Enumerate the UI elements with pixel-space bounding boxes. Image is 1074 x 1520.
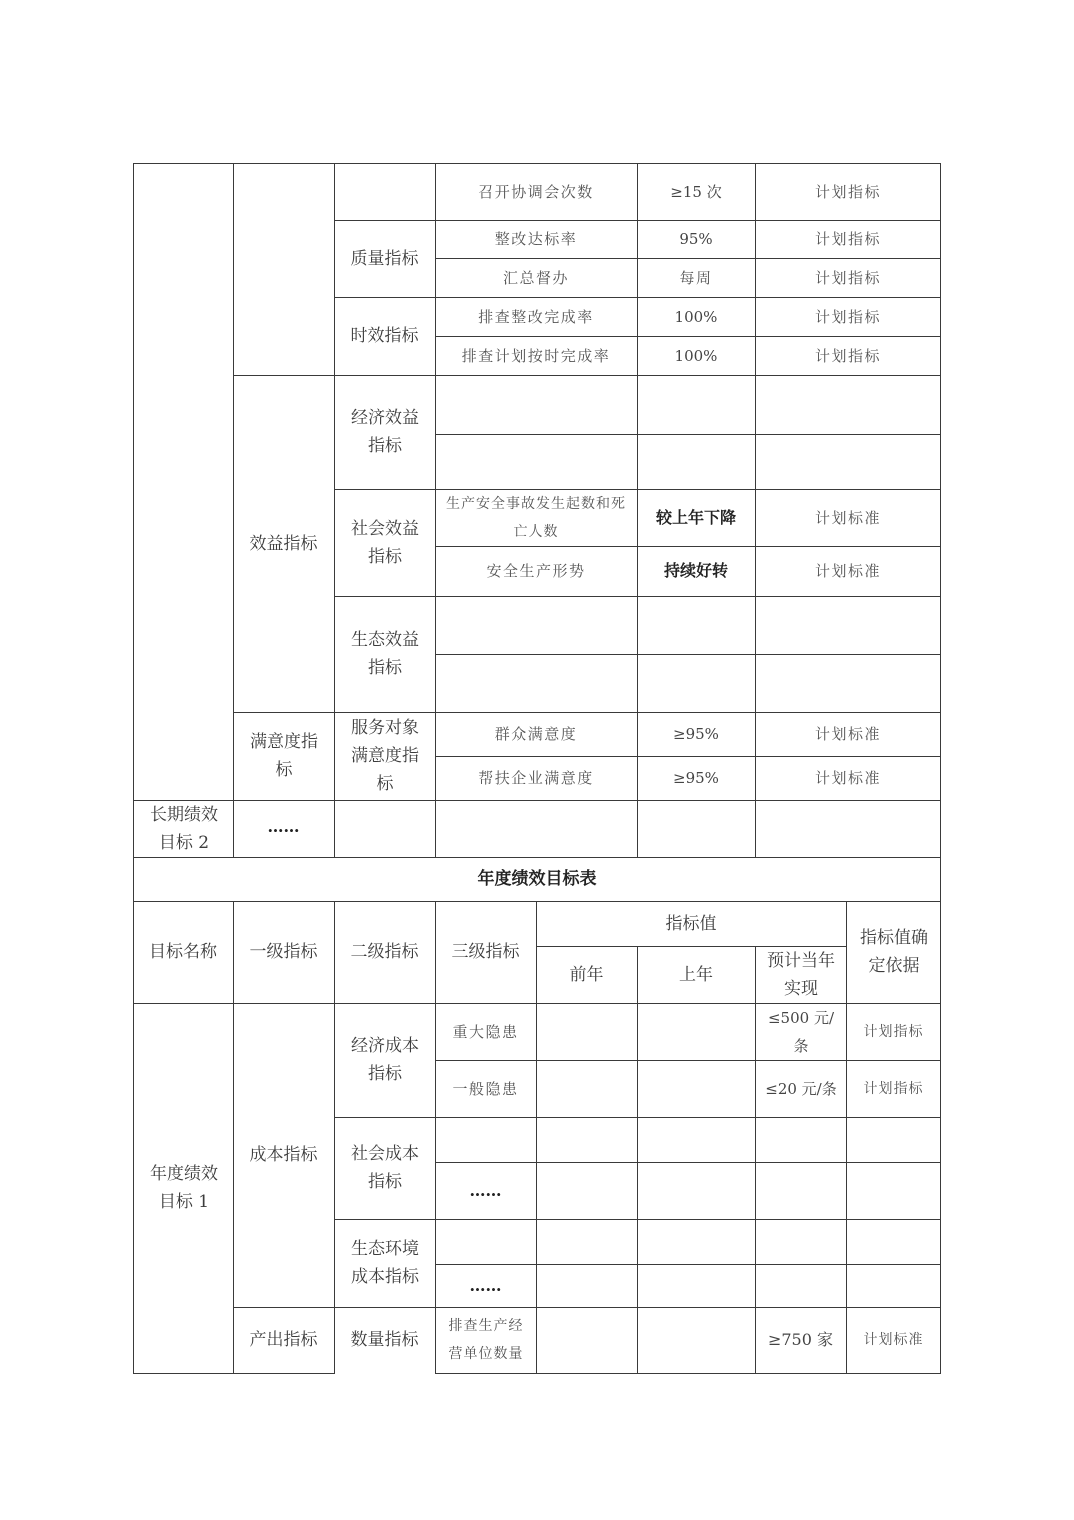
level2-service-satisfaction: 服务对象满意度指标 (346, 712, 424, 800)
header-prev-prev-year: 前年 (536, 946, 637, 1003)
level2-economic-benefit: 经济效益指标 (348, 375, 422, 489)
level3-cell: 群众满意度 (435, 712, 637, 756)
basis-cell: 计划标准 (755, 712, 941, 756)
level3-cell: 排查计划按时完成率 (435, 336, 637, 375)
goal-name-2: 长期绩效目标 2 (144, 800, 224, 857)
basis-cell: 计划指标 (755, 163, 941, 220)
expected-cell: ≤20 元/条 (762, 1060, 840, 1117)
header-level2: 二级指标 (334, 901, 435, 1003)
basis-cell: 计划指标 (755, 336, 941, 375)
level3-cell: 安全生产形势 (435, 546, 637, 596)
level2-quality: 质量指标 (334, 220, 435, 297)
level2-timeliness: 时效指标 (334, 297, 435, 375)
level2-quantity: 数量指标 (334, 1307, 435, 1373)
value-cell: ≥15 次 (637, 163, 755, 220)
level3-cell: 生产安全事故发生起数和死亡人数 (442, 489, 630, 546)
level1-cost: 成本指标 (233, 1003, 334, 1307)
level3-placeholder: …… (435, 1264, 536, 1307)
level2-ecological-benefit: 生态效益指标 (348, 596, 422, 712)
basis-cell: 计划标准 (846, 1307, 941, 1373)
level3-placeholder: …… (435, 1162, 536, 1219)
expected-cell: ≥750 家 (755, 1307, 846, 1373)
level2-social-benefit: 社会效益指标 (348, 489, 422, 596)
level3-cell: 重大隐患 (435, 1003, 536, 1060)
value-cell: ≥95% (637, 712, 755, 756)
expected-cell: ≤500 元/条 (762, 1003, 840, 1060)
header-basis: 指标值确定依据 (856, 901, 932, 1003)
header-level3: 三级指标 (435, 901, 536, 1003)
level3-cell: 整改达标率 (435, 220, 637, 258)
basis-cell: 计划指标 (755, 258, 941, 297)
basis-cell: 计划标准 (755, 546, 941, 596)
basis-cell: 计划指标 (846, 1060, 941, 1117)
level2-economic-cost: 经济成本指标 (348, 1003, 422, 1117)
level3-cell: 排查整改完成率 (435, 297, 637, 336)
value-cell: ≥95% (637, 756, 755, 800)
header-goal-name: 目标名称 (133, 901, 233, 1003)
value-cell: 较上年下降 (637, 489, 755, 546)
level1-output: 产出指标 (233, 1307, 334, 1373)
header-last-year: 上年 (637, 946, 755, 1003)
level1-placeholder: …… (233, 800, 334, 854)
basis-cell: 计划指标 (755, 297, 941, 336)
annual-table-title: 年度绩效目标表 (133, 857, 941, 901)
header-indicator-value: 指标值 (536, 901, 846, 946)
value-cell: 持续好转 (637, 546, 755, 596)
level2-social-cost: 社会成本指标 (348, 1117, 422, 1219)
level3-cell: 召开协调会次数 (435, 163, 637, 220)
value-cell: 100% (637, 297, 755, 336)
level3-cell: 汇总督办 (435, 258, 637, 297)
level1-satisfaction: 满意度指标 (246, 712, 322, 800)
level1-benefit: 效益指标 (233, 375, 334, 712)
basis-cell: 计划指标 (755, 220, 941, 258)
goal-name-1: 年度绩效目标 1 (144, 1003, 224, 1373)
basis-cell: 计划指标 (846, 1003, 941, 1060)
basis-cell: 计划标准 (755, 756, 941, 800)
basis-cell: 计划标准 (755, 489, 941, 546)
header-level1: 一级指标 (233, 901, 334, 1003)
level3-cell: 排查生产经营单位数量 (442, 1307, 530, 1373)
value-cell: 95% (637, 220, 755, 258)
value-cell: 每周 (637, 258, 755, 297)
level3-cell: 帮扶企业满意度 (435, 756, 637, 800)
level2-eco-cost: 生态环境成本指标 (348, 1219, 422, 1307)
header-expected: 预计当年实现 (764, 946, 838, 1003)
level3-cell: 一般隐患 (435, 1060, 536, 1117)
value-cell: 100% (637, 336, 755, 375)
